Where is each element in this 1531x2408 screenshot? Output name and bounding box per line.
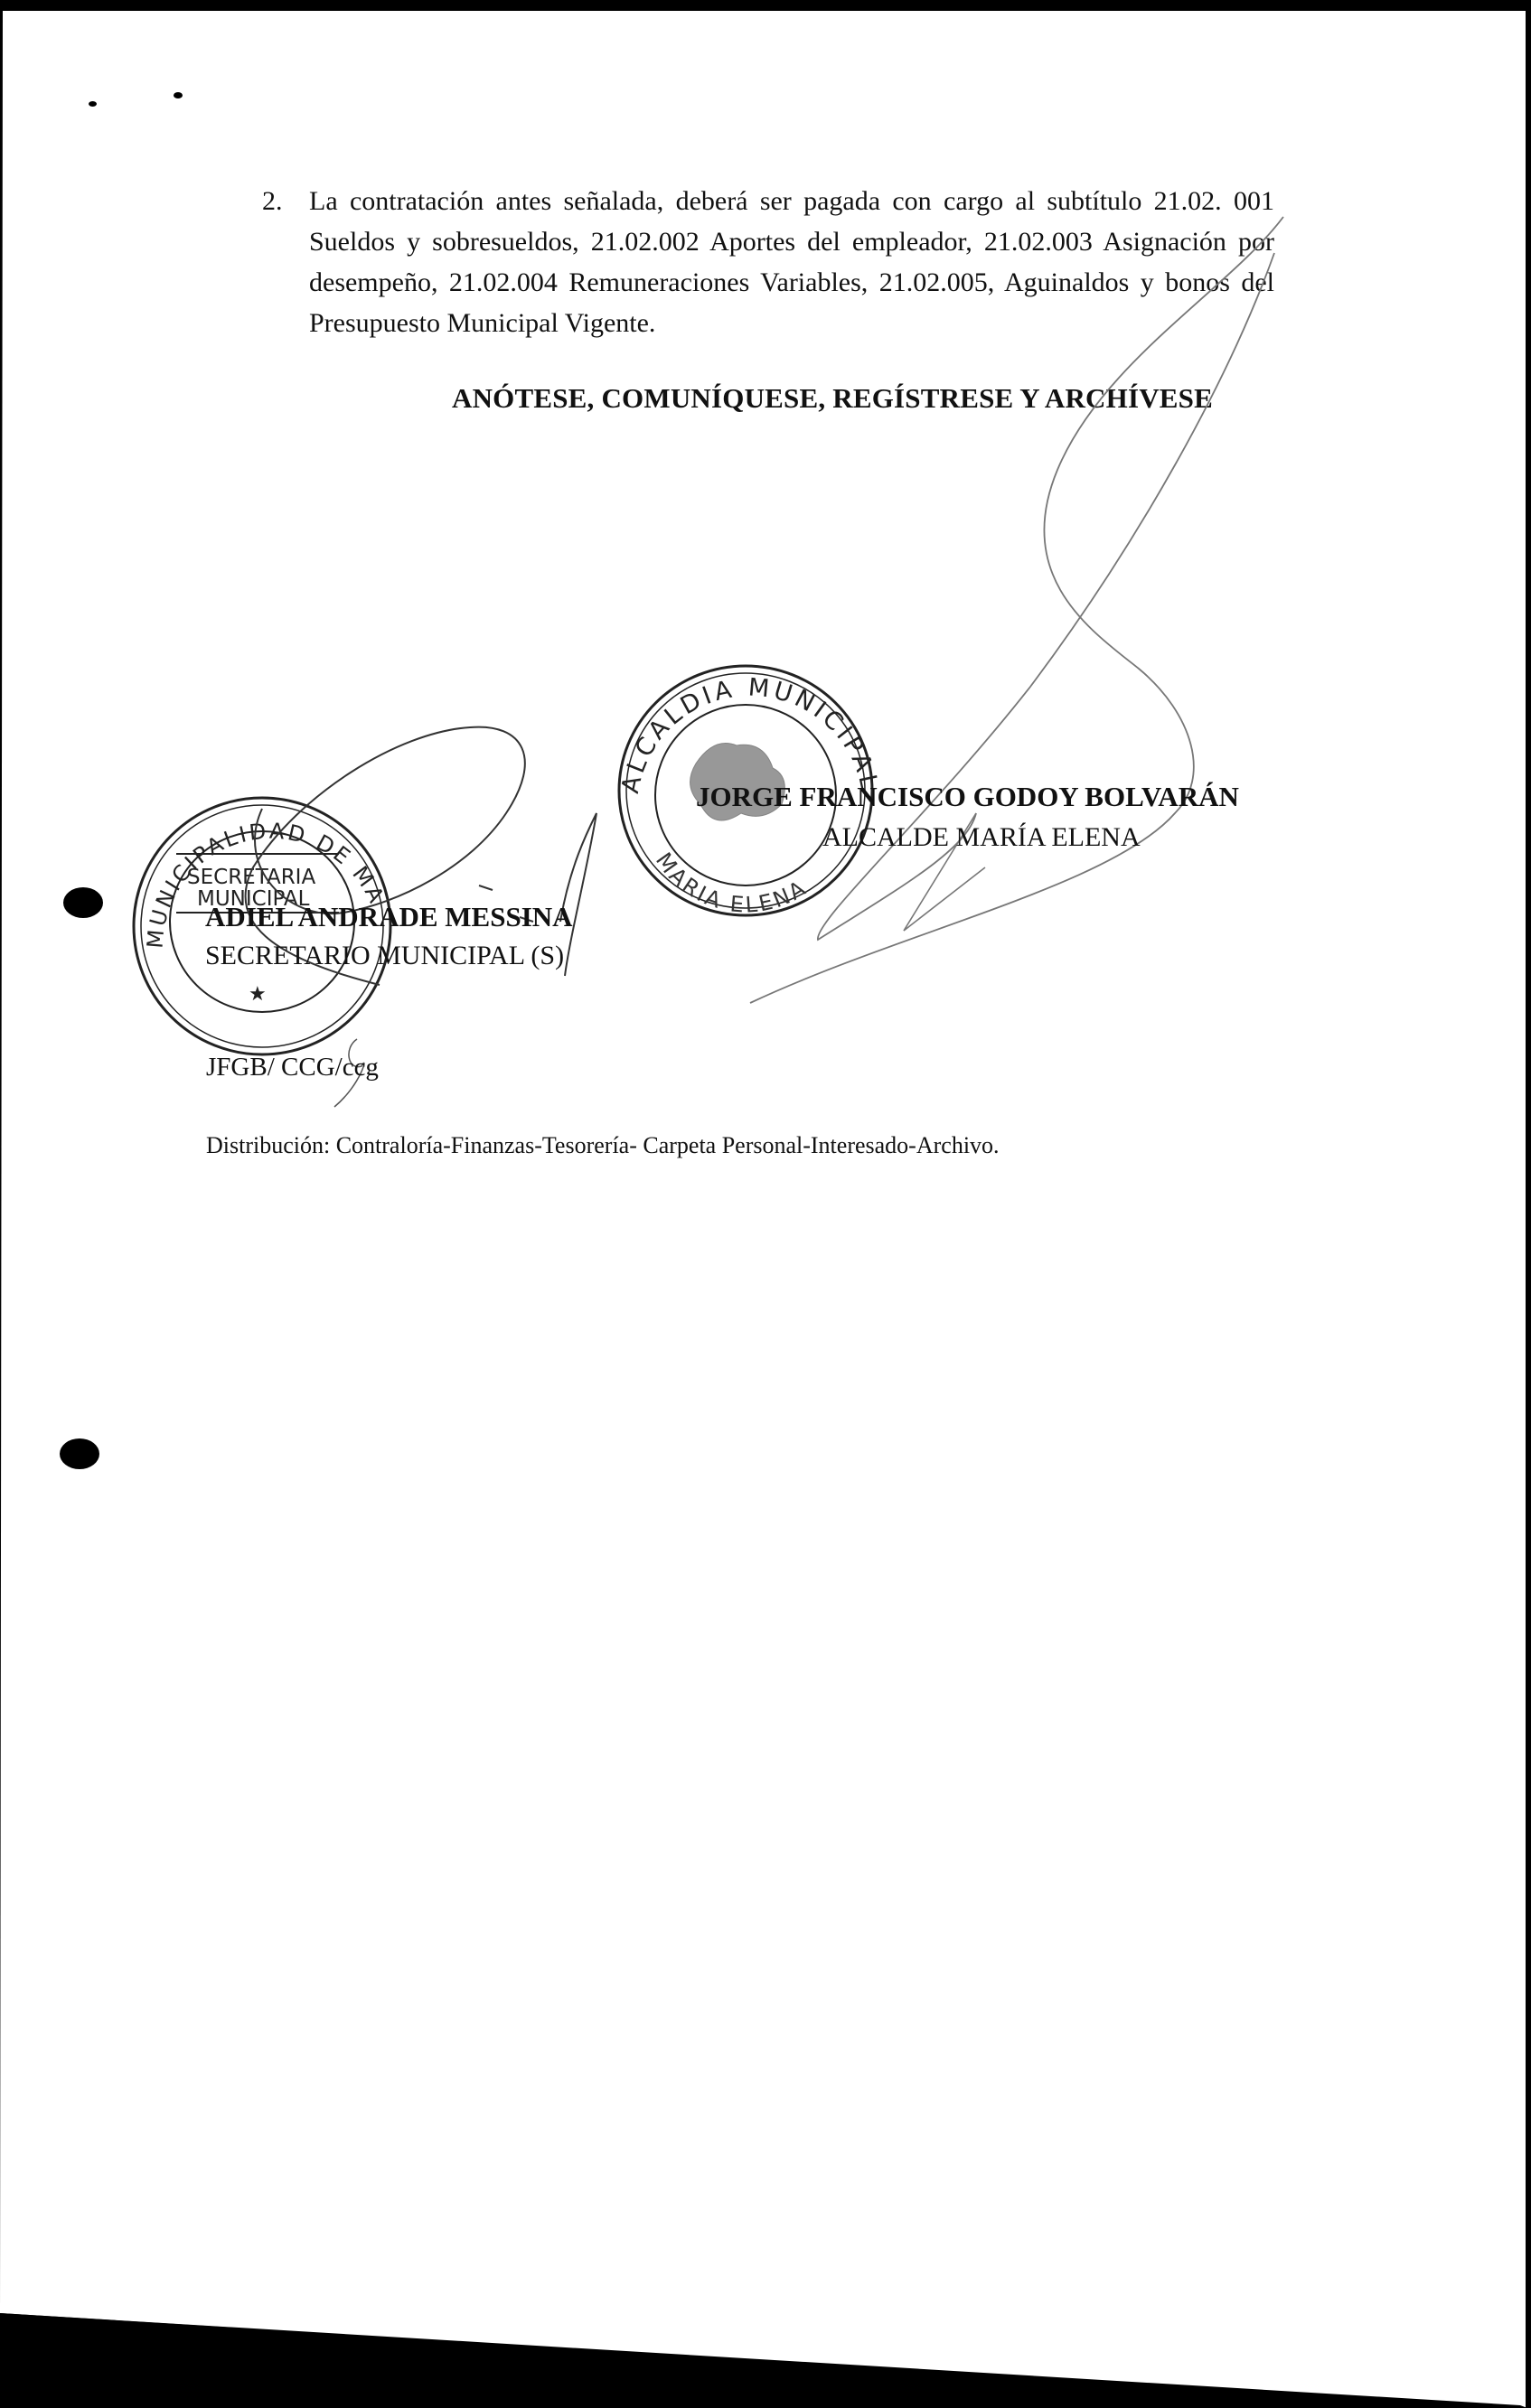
mayor-title: ALCALDE MARÍA ELENA	[822, 822, 1141, 853]
mayor-name: JORGE FRANCISCO GODOY BOLVARÁN	[696, 781, 1239, 813]
item-number: 2.	[262, 181, 283, 221]
distribution-list: Distribución: Contraloría-Finanzas-Tesor…	[206, 1132, 1000, 1159]
resolution-paragraph: 2. La contratación antes señalada, deber…	[262, 181, 1274, 343]
svg-text:MUNICIPALIDAD DE MARIA ELENA: MUNICIPALIDAD DE MARIA ELENA	[0, 0, 390, 950]
paragraph-text: La contratación antes señalada, deberá s…	[309, 181, 1274, 343]
punch-hole	[60, 1438, 99, 1469]
svg-text:SECRETARIA: SECRETARIA	[187, 866, 315, 889]
secretary-title: SECRETARIO MUNICIPAL (S)	[205, 941, 564, 971]
scan-border-top	[0, 0, 1531, 11]
svg-text:ALCALDIA MUNICIPAL: ALCALDIA MUNICIPAL	[616, 673, 884, 795]
svg-text:★: ★	[249, 983, 267, 1006]
scan-border-right	[1526, 0, 1531, 2408]
scan-speck	[89, 101, 97, 107]
scan-speck	[174, 92, 183, 98]
stamps-and-signatures: ALCALDIA MUNICIPAL MARIA ELENA MUNICIPAL…	[0, 0, 1531, 2408]
scanned-page: 2. La contratación antes señalada, deber…	[0, 0, 1531, 2408]
secretary-name: ADIEL ANDRADE MESSINA	[205, 901, 573, 933]
punch-hole	[63, 887, 103, 918]
responsibility-initials: JFGB/ CCG/ccg	[206, 1053, 379, 1082]
svg-text:MARIA ELENA: MARIA ELENA	[651, 848, 812, 918]
secretary-stamp: MUNICIPALIDAD DE MARIA ELENA SECRETARIA …	[0, 0, 390, 1054]
closing-formula: ANÓTESE, COMUNÍQUESE, REGÍSTRESE Y ARCHÍ…	[452, 382, 1213, 415]
